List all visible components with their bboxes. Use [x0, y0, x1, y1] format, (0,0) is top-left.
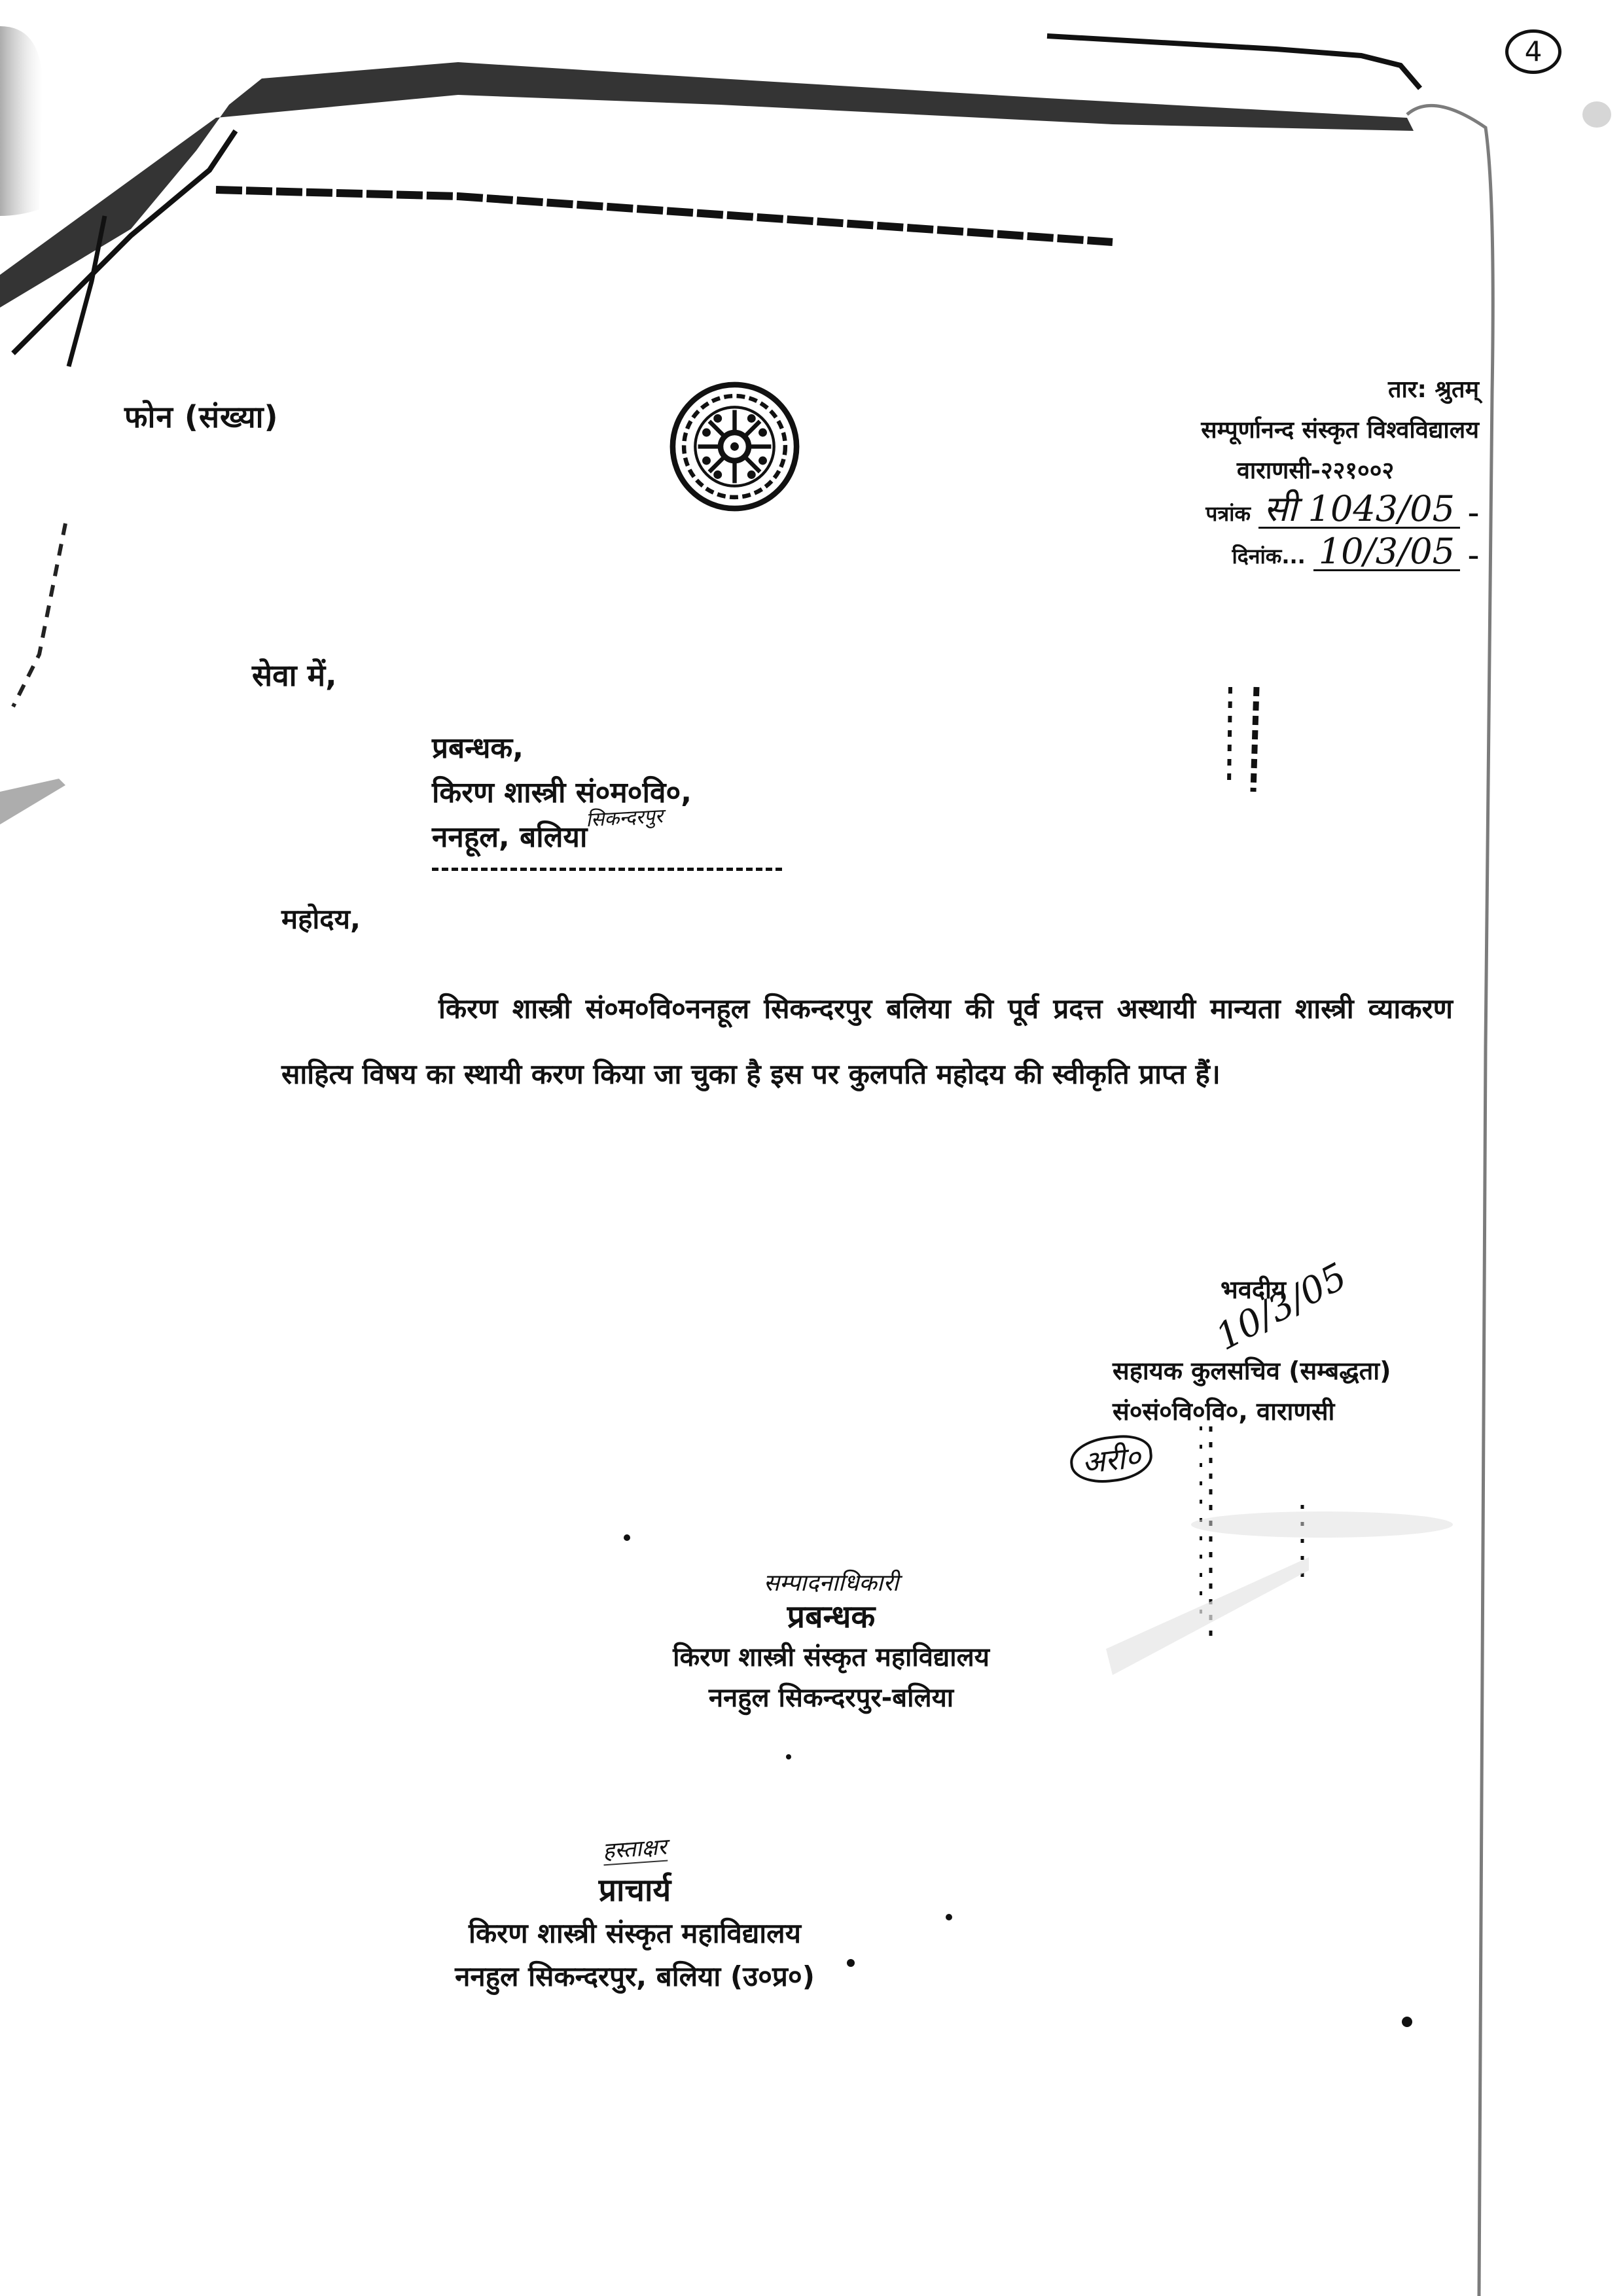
page-number-marker: 4	[1505, 29, 1561, 74]
greeting: महोदय,	[281, 900, 361, 937]
handwritten-initials: अरी०	[1068, 1432, 1154, 1487]
signatory-designation: सहायक कुलसचिव (सम्बद्धता)	[1113, 1351, 1479, 1391]
date-dash: –	[1468, 536, 1479, 576]
reference-label: पत्रांक	[1205, 493, 1251, 534]
address-underline	[432, 864, 782, 871]
manager-address: ननहुल सिकन्दरपुर-बलिया	[609, 1678, 1054, 1718]
recipient-intro: सेवा में,	[252, 654, 337, 695]
manager-attestation: सम्पादनाधिकारी प्रबन्धक किरण शास्त्री सं…	[609, 1570, 1054, 1718]
letter-date: 10/3/05	[1313, 534, 1460, 571]
date-label: दिनांक...	[1232, 536, 1305, 576]
university-seal-icon	[664, 376, 805, 517]
principal-address: ननहुल सिकन्दरपुर, बलिया (उ०प्र०)	[419, 1955, 851, 1998]
handwritten-address-note: सिकन्दरपुर	[585, 802, 664, 832]
principal-college: किरण शास्त्री संस्कृत महाविद्यालय	[419, 1912, 851, 1955]
university-city: वाराणसी-२२१००२	[1099, 451, 1479, 491]
date-line: दिनांक... 10/3/05 –	[1099, 534, 1479, 576]
letter-body: किरण शास्त्री सं०म०वि०ननहूल सिकन्दरपुर ब…	[281, 976, 1453, 1107]
telegram-address: तार: श्रुतम्	[1099, 370, 1479, 410]
reference-number: सी 1043/05	[1258, 491, 1460, 529]
reference-dash: –	[1468, 493, 1479, 534]
principal-role: प्राचार्य	[419, 1869, 851, 1912]
manager-role: प्रबन्धक	[609, 1597, 1054, 1637]
recipient-address: प्रबन्धक, किरण शास्त्री सं०म०वि०, ननहूल,…	[432, 726, 782, 871]
university-name: सम्पूर्णानन्द संस्कृत विश्वविद्यालय	[1099, 410, 1479, 451]
manager-signature: सम्पादनाधिकारी	[609, 1570, 1054, 1597]
recipient-line-1: प्रबन्धक,	[432, 726, 782, 771]
signature-space	[1113, 1310, 1479, 1351]
principal-attestation: हस्ताक्षर प्राचार्य किरण शास्त्री संस्कृ…	[419, 1826, 851, 1998]
page-number: 4	[1525, 38, 1543, 65]
manager-college: किरण शास्त्री संस्कृत महाविद्यालय	[609, 1637, 1054, 1678]
letterhead-university-block: तार: श्रुतम् सम्पूर्णानन्द संस्कृत विश्व…	[1099, 370, 1479, 576]
letterhead-phone-label: फोन (संख्या)	[124, 396, 279, 436]
closing-yours: भवदीय	[1113, 1269, 1479, 1310]
closing-block: भवदीय सहायक कुलसचिव (सम्बद्धता) सं०सं०वि…	[1113, 1269, 1479, 1432]
reference-number-line: पत्रांक सी 1043/05 –	[1099, 491, 1479, 534]
signatory-organization: सं०सं०वि०वि०, वाराणसी	[1113, 1391, 1479, 1432]
principal-signature: हस्ताक्षर	[602, 1834, 668, 1866]
